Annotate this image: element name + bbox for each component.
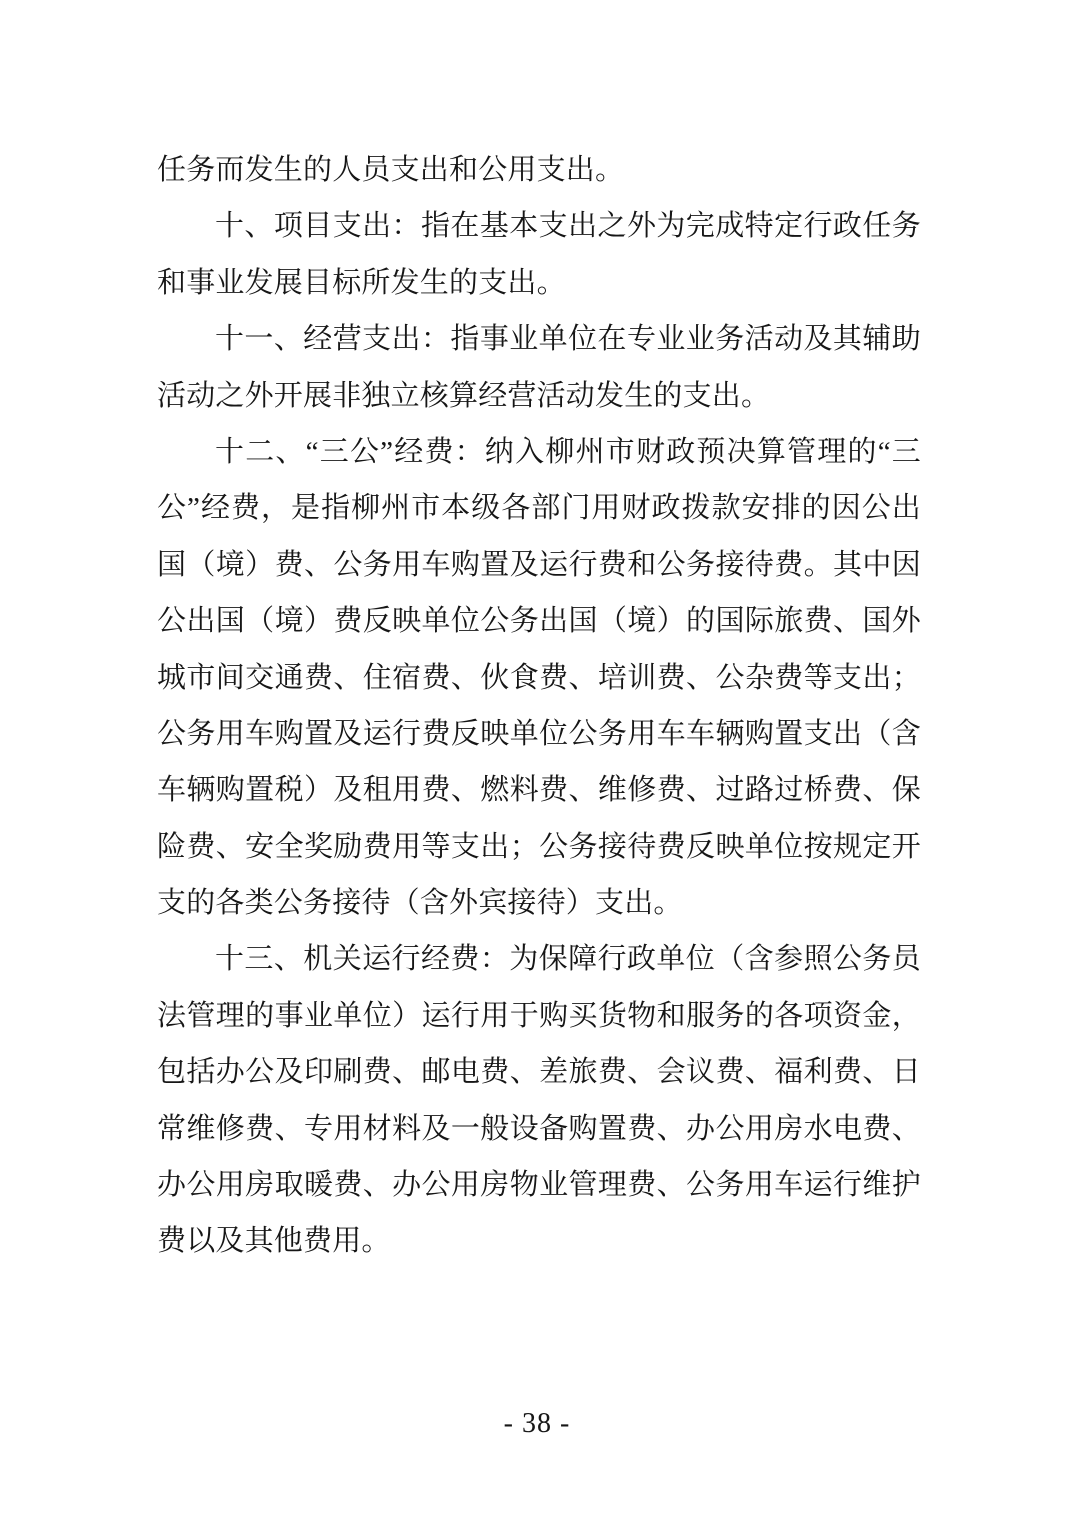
text-line: 包括办公及印刷费、邮电费、差旅费、会议费、福利费、日 [157,1044,921,1100]
text-line: 活动之外开展非独立核算经营活动发生的支出。 [157,368,921,424]
paragraph: 十三、机关运行经费：为保障行政单位（含参照公务员 法管理的事业单位）运行用于购买… [157,931,921,1269]
page-body: 任务而发生的人员支出和公用支出。 十、项目支出：指在基本支出之外为完成特定行政任… [157,142,921,1270]
text-line: 公务用车购置及运行费反映单位公务用车车辆购置支出（含 [157,706,921,762]
text-line: 十二、“三公”经费：纳入柳州市财政预决算管理的“三 [157,424,921,480]
text-line: 城市间交通费、住宿费、伙食费、培训费、公杂费等支出； [157,650,921,706]
paragraph: 十、项目支出：指在基本支出之外为完成特定行政任务 和事业发展目标所发生的支出。 [157,198,921,311]
text-line: 费以及其他费用。 [157,1213,921,1269]
text-line: 公出国（境）费反映单位公务出国（境）的国际旅费、国外 [157,593,921,649]
text-line: 车辆购置税）及租用费、燃料费、维修费、过路过桥费、保 [157,762,921,818]
paragraph: 任务而发生的人员支出和公用支出。 [157,142,921,198]
page-number: - 38 - [0,1408,1074,1440]
document-page: 任务而发生的人员支出和公用支出。 十、项目支出：指在基本支出之外为完成特定行政任… [0,0,1074,1520]
text-line: 支的各类公务接待（含外宾接待）支出。 [157,875,921,931]
text-line: 办公用房取暖费、办公用房物业管理费、公务用车运行维护 [157,1157,921,1213]
text-line: 十三、机关运行经费：为保障行政单位（含参照公务员 [157,931,921,987]
text-line: 十一、经营支出：指事业单位在专业业务活动及其辅助 [157,311,921,367]
paragraph: 十二、“三公”经费：纳入柳州市财政预决算管理的“三 公”经费，是指柳州市本级各部… [157,424,921,932]
text-line: 公”经费，是指柳州市本级各部门用财政拨款安排的因公出 [157,480,921,536]
text-line: 和事业发展目标所发生的支出。 [157,255,921,311]
text-line: 任务而发生的人员支出和公用支出。 [157,142,921,198]
text-line: 险费、安全奖励费用等支出；公务接待费反映单位按规定开 [157,819,921,875]
paragraph: 十一、经营支出：指事业单位在专业业务活动及其辅助 活动之外开展非独立核算经营活动… [157,311,921,424]
text-line: 法管理的事业单位）运行用于购买货物和服务的各项资金， [157,988,921,1044]
text-line: 常维修费、专用材料及一般设备购置费、办公用房水电费、 [157,1101,921,1157]
text-line: 十、项目支出：指在基本支出之外为完成特定行政任务 [157,198,921,254]
text-line: 国（境）费、公务用车购置及运行费和公务接待费。其中因 [157,537,921,593]
